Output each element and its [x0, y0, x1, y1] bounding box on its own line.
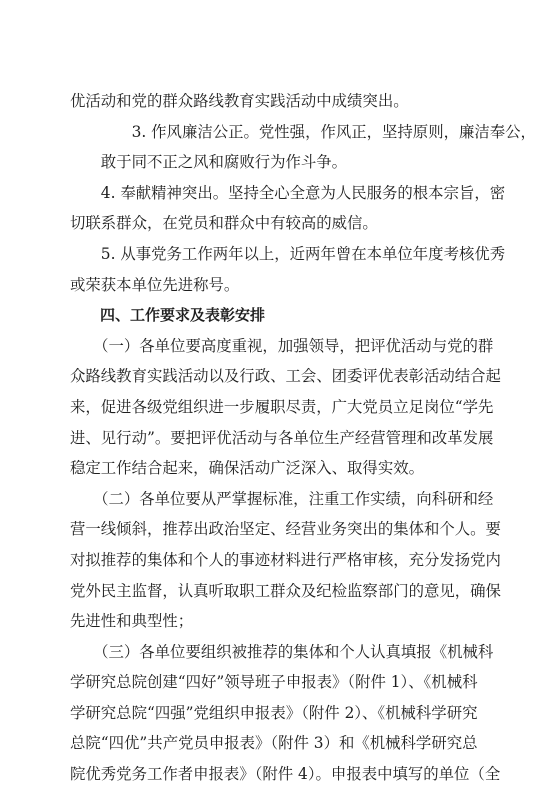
text-line: （二）各单位要从严掌握标准，注重工作实绩，向科研和经	[70, 484, 456, 515]
paragraph-requirement-1: （一）各单位要高度重视，加强领导，把评优活动与党的群 众路线教育实践活动以及行政…	[70, 331, 456, 484]
text-line: 4. 奉献精神突出。坚持全心全意为人民服务的根本宗旨，密	[70, 178, 456, 209]
text-line: 3. 作风廉洁公正。党性强，作风正，坚持原则，廉洁奉公，	[70, 117, 456, 148]
document-page: 优活动和党的群众路线教育实践活动中成绩突出。 3. 作风廉洁公正。党性强，作风正…	[70, 86, 456, 786]
text-line: （一）各单位要高度重视，加强领导，把评优活动与党的群	[70, 331, 456, 362]
text-line: 总院“四优”共产党员申报表》（附件 3）和《机械科学研究总	[70, 728, 456, 759]
text-line: 5. 从事党务工作两年以上，近两年曾在本单位年度考核优秀	[70, 239, 456, 270]
paragraph-criterion-4: 4. 奉献精神突出。坚持全心全意为人民服务的根本宗旨，密 切联系群众，在党员和群…	[70, 178, 456, 239]
text-line: 先进性和典型性；	[70, 606, 456, 637]
paragraph-criterion-3: 3. 作风廉洁公正。党性强，作风正，坚持原则，廉洁奉公， 敢于同不正之风和腐败行…	[70, 117, 456, 178]
text-line: 对拟推荐的集体和个人的事迹材料进行严格审核，充分发扬党内	[70, 545, 456, 576]
text-line: 营一线倾斜，推荐出政治坚定、经营业务突出的集体和个人。要	[70, 514, 456, 545]
text-line: 或荣获本单位先进称号。	[70, 270, 456, 301]
text-line: 进、见行动”。要把评优活动与各单位生产经营管理和改革发展	[70, 423, 456, 454]
text-line: 敢于同不正之风和腐败行为作斗争。	[70, 147, 456, 178]
heading-text: 四、工作要求及表彰安排	[100, 306, 265, 324]
text-line: 党外民主监督，认真听取职工群众及纪检监察部门的意见，确保	[70, 576, 456, 607]
text-line: 来，促进各级党组织进一步履职尽责，广大党员立足岗位“学先	[70, 392, 456, 423]
text-line: 学研究总院创建“四好”领导班子申报表》（附件 1）、《机械科	[70, 667, 456, 698]
text-line: 学研究总院“四强”党组织申报表》（附件 2）、《机械科学研究	[70, 698, 456, 729]
text-line: 众路线教育实践活动以及行政、工会、团委评优表彰活动结合起	[70, 361, 456, 392]
text-line: 稳定工作结合起来，确保活动广泛深入、取得实效。	[70, 453, 456, 484]
text-line: 切联系群众，在党员和群众中有较高的威信。	[70, 208, 456, 239]
section-heading: 四、工作要求及表彰安排	[70, 300, 456, 331]
text-line: （三）各单位要组织被推荐的集体和个人认真填报《机械科	[70, 637, 456, 668]
paragraph-criterion-5: 5. 从事党务工作两年以上，近两年曾在本单位年度考核优秀 或荣获本单位先进称号。	[70, 239, 456, 300]
text-line: 院优秀党务工作者申报表》（附件 4）。申报表中填写的单位（全	[70, 759, 456, 786]
text-line: 优活动和党的群众路线教育实践活动中成绩突出。	[70, 86, 456, 117]
paragraph-continuation: 优活动和党的群众路线教育实践活动中成绩突出。	[70, 86, 456, 117]
paragraph-requirement-2: （二）各单位要从严掌握标准，注重工作实绩，向科研和经 营一线倾斜，推荐出政治坚定…	[70, 484, 456, 637]
paragraph-requirement-3: （三）各单位要组织被推荐的集体和个人认真填报《机械科 学研究总院创建“四好”领导…	[70, 637, 456, 786]
